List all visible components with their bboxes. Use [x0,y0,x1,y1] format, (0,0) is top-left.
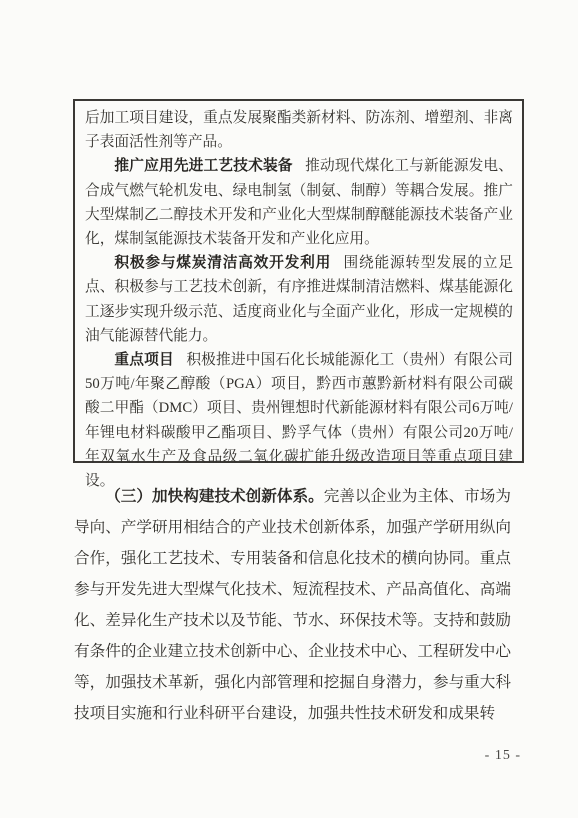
section-3-heading: （三）加快构建技术创新体系。 [105,488,324,505]
paragraph-heading: 重点项目 [114,352,173,368]
box-paragraph-key-projects: 重点项目积极推进中国石化长城能源化工（贵州）有限公司50万吨/年聚乙醇酸（PGA… [85,348,513,493]
box-paragraph-clean-coal: 积极参与煤炭清洁高效开发利用围绕能源转型发展的立足点、积极参与工艺技术创新，有序… [85,251,513,348]
box-paragraph-advanced-equipment: 推广应用先进工艺技术装备推动现代煤化工与新能源发电、合成气燃气轮机发电、绿电制氢… [85,154,513,251]
paragraph-text: 后加工项目建设，重点发展聚酯类新材料、防冻剂、增塑剂、非离子表面活性剂等产品。 [85,110,513,150]
box-paragraph-continuation: 后加工项目建设，重点发展聚酯类新材料、防冻剂、增塑剂、非离子表面活性剂等产品。 [85,106,513,154]
paragraph-heading: 推广应用先进工艺技术装备 [114,158,292,174]
section-3-text: 完善以企业为主体、市场为导向、产学研用相结合的产业技术创新体系，加强产学研用纵向… [74,488,511,722]
page-number: - 15 - [485,748,521,764]
section-3-paragraph: （三）加快构建技术创新体系。完善以企业为主体、市场为导向、产学研用相结合的产业技… [74,481,511,729]
paragraph-text: 积极推进中国石化长城能源化工（贵州）有限公司50万吨/年聚乙醇酸（PGA）项目，… [85,352,513,489]
key-projects-box: 后加工项目建设，重点发展聚酯类新材料、防冻剂、增塑剂、非离子表面活性剂等产品。 … [73,99,524,463]
paragraph-heading: 积极参与煤炭清洁高效开发利用 [114,255,331,271]
document-page: 后加工项目建设，重点发展聚酯类新材料、防冻剂、增塑剂、非离子表面活性剂等产品。 … [0,0,578,818]
